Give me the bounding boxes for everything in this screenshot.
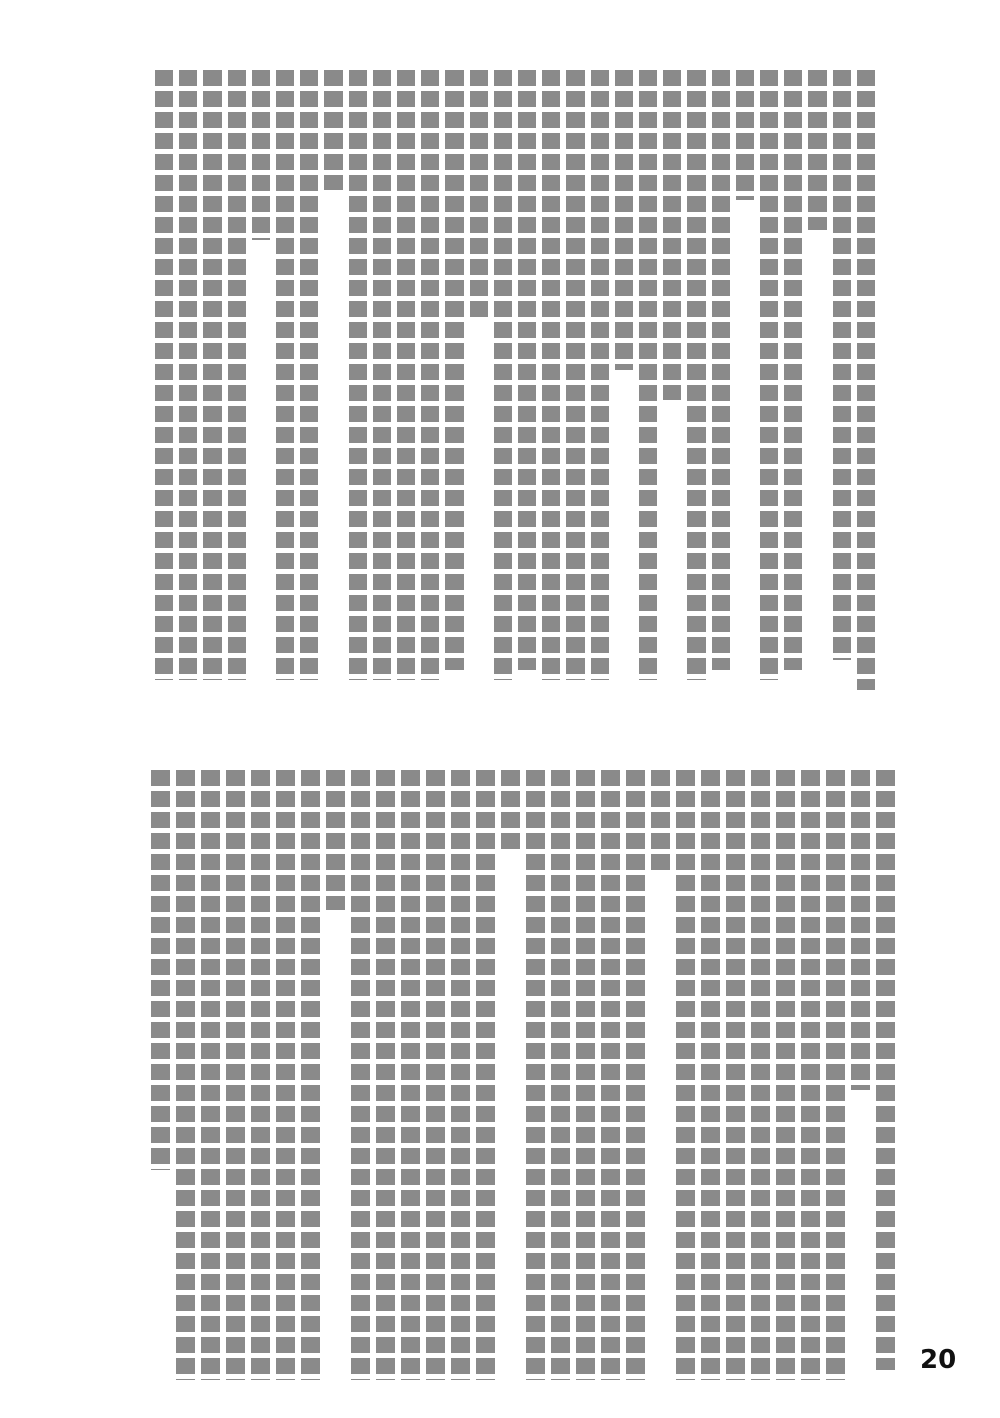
text-block-bottom (130, 770, 895, 1400)
text-block-top (155, 70, 875, 690)
page-number: 20 (920, 1345, 956, 1375)
content-note: Two blocks of vertical Japanese prose te… (0, 0, 1, 1)
